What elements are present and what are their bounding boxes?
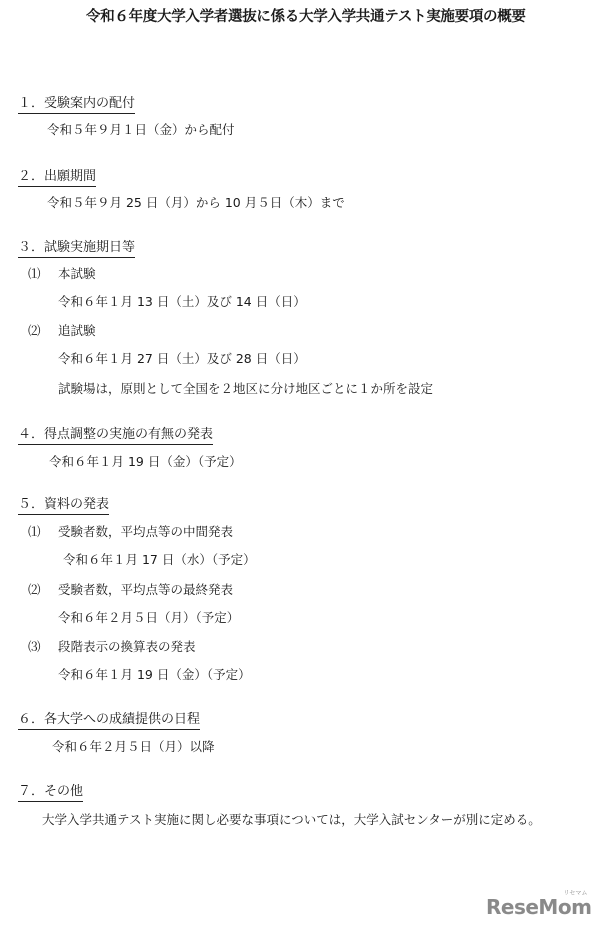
section-5-sub-3: ⑶段階表示の換算表の発表 bbox=[28, 639, 196, 655]
section-4-line: 令和６年１月 19 日（金）（予定） bbox=[49, 454, 242, 470]
section-3-heading: ３．試験実施期日等 bbox=[18, 240, 135, 258]
sub-number: ⑴ bbox=[28, 524, 58, 540]
section-3-sub-2-line-2: 試験場は，原則として全国を２地区に分け地区ごとに１か所を設定 bbox=[58, 381, 433, 397]
section-3-sub-1: ⑴本試験 bbox=[28, 266, 96, 282]
section-1-line: 令和５年９月１日（金）から配付 bbox=[47, 122, 235, 138]
section-7-line: 大学入学共通テスト実施に関し必要な事項については，大学入試センターが別に定める。 bbox=[42, 812, 541, 828]
sub-number: ⑵ bbox=[28, 582, 58, 598]
section-5-sub-2: ⑵受験者数，平均点等の最終発表 bbox=[28, 582, 233, 598]
document-title: 令和６年度大学入学者選抜に係る大学入学共通テスト実施要項の概要 bbox=[86, 5, 586, 26]
section-1-heading: １．受験案内の配付 bbox=[18, 96, 135, 114]
sub-label: 段階表示の換算表の発表 bbox=[58, 639, 196, 654]
section-5-sub-3-line: 令和６年１月 19 日（金）（予定） bbox=[58, 667, 251, 683]
section-6-line: 令和６年２月５日（月）以降 bbox=[52, 739, 215, 755]
sub-label: 追試験 bbox=[58, 323, 96, 338]
section-2-line: 令和５年９月 25 日（月）から 10 月５日（木）まで bbox=[47, 195, 345, 211]
section-5-sub-1: ⑴受験者数，平均点等の中間発表 bbox=[28, 524, 233, 540]
resemom-logo: ReseMom リセマム bbox=[486, 895, 591, 919]
sub-label: 受験者数，平均点等の最終発表 bbox=[58, 582, 233, 597]
section-5-sub-2-line: 令和６年２月５日（月）（予定） bbox=[58, 610, 239, 626]
section-3-sub-2-line-1: 令和６年１月 27 日（土）及び 28 日（日） bbox=[58, 351, 306, 367]
section-5-sub-1-line: 令和６年１月 17 日（水）（予定） bbox=[63, 552, 256, 568]
sub-number: ⑶ bbox=[28, 639, 58, 655]
section-6-heading: ６．各大学への成績提供の日程 bbox=[18, 712, 200, 730]
section-7-heading: ７．その他 bbox=[18, 784, 83, 802]
section-3-sub-1-line: 令和６年１月 13 日（土）及び 14 日（日） bbox=[58, 294, 306, 310]
logo-text: ReseMom bbox=[486, 895, 591, 919]
sub-label: 本試験 bbox=[58, 266, 96, 281]
sub-number: ⑴ bbox=[28, 266, 58, 282]
section-4-heading: ４．得点調整の実施の有無の発表 bbox=[18, 427, 213, 445]
sub-label: 受験者数，平均点等の中間発表 bbox=[58, 524, 233, 539]
sub-number: ⑵ bbox=[28, 323, 58, 339]
section-5-heading: ５．資料の発表 bbox=[18, 497, 109, 515]
section-2-heading: ２．出願期間 bbox=[18, 169, 96, 187]
logo-kana: リセマム bbox=[563, 888, 587, 897]
section-3-sub-2: ⑵追試験 bbox=[28, 323, 96, 339]
